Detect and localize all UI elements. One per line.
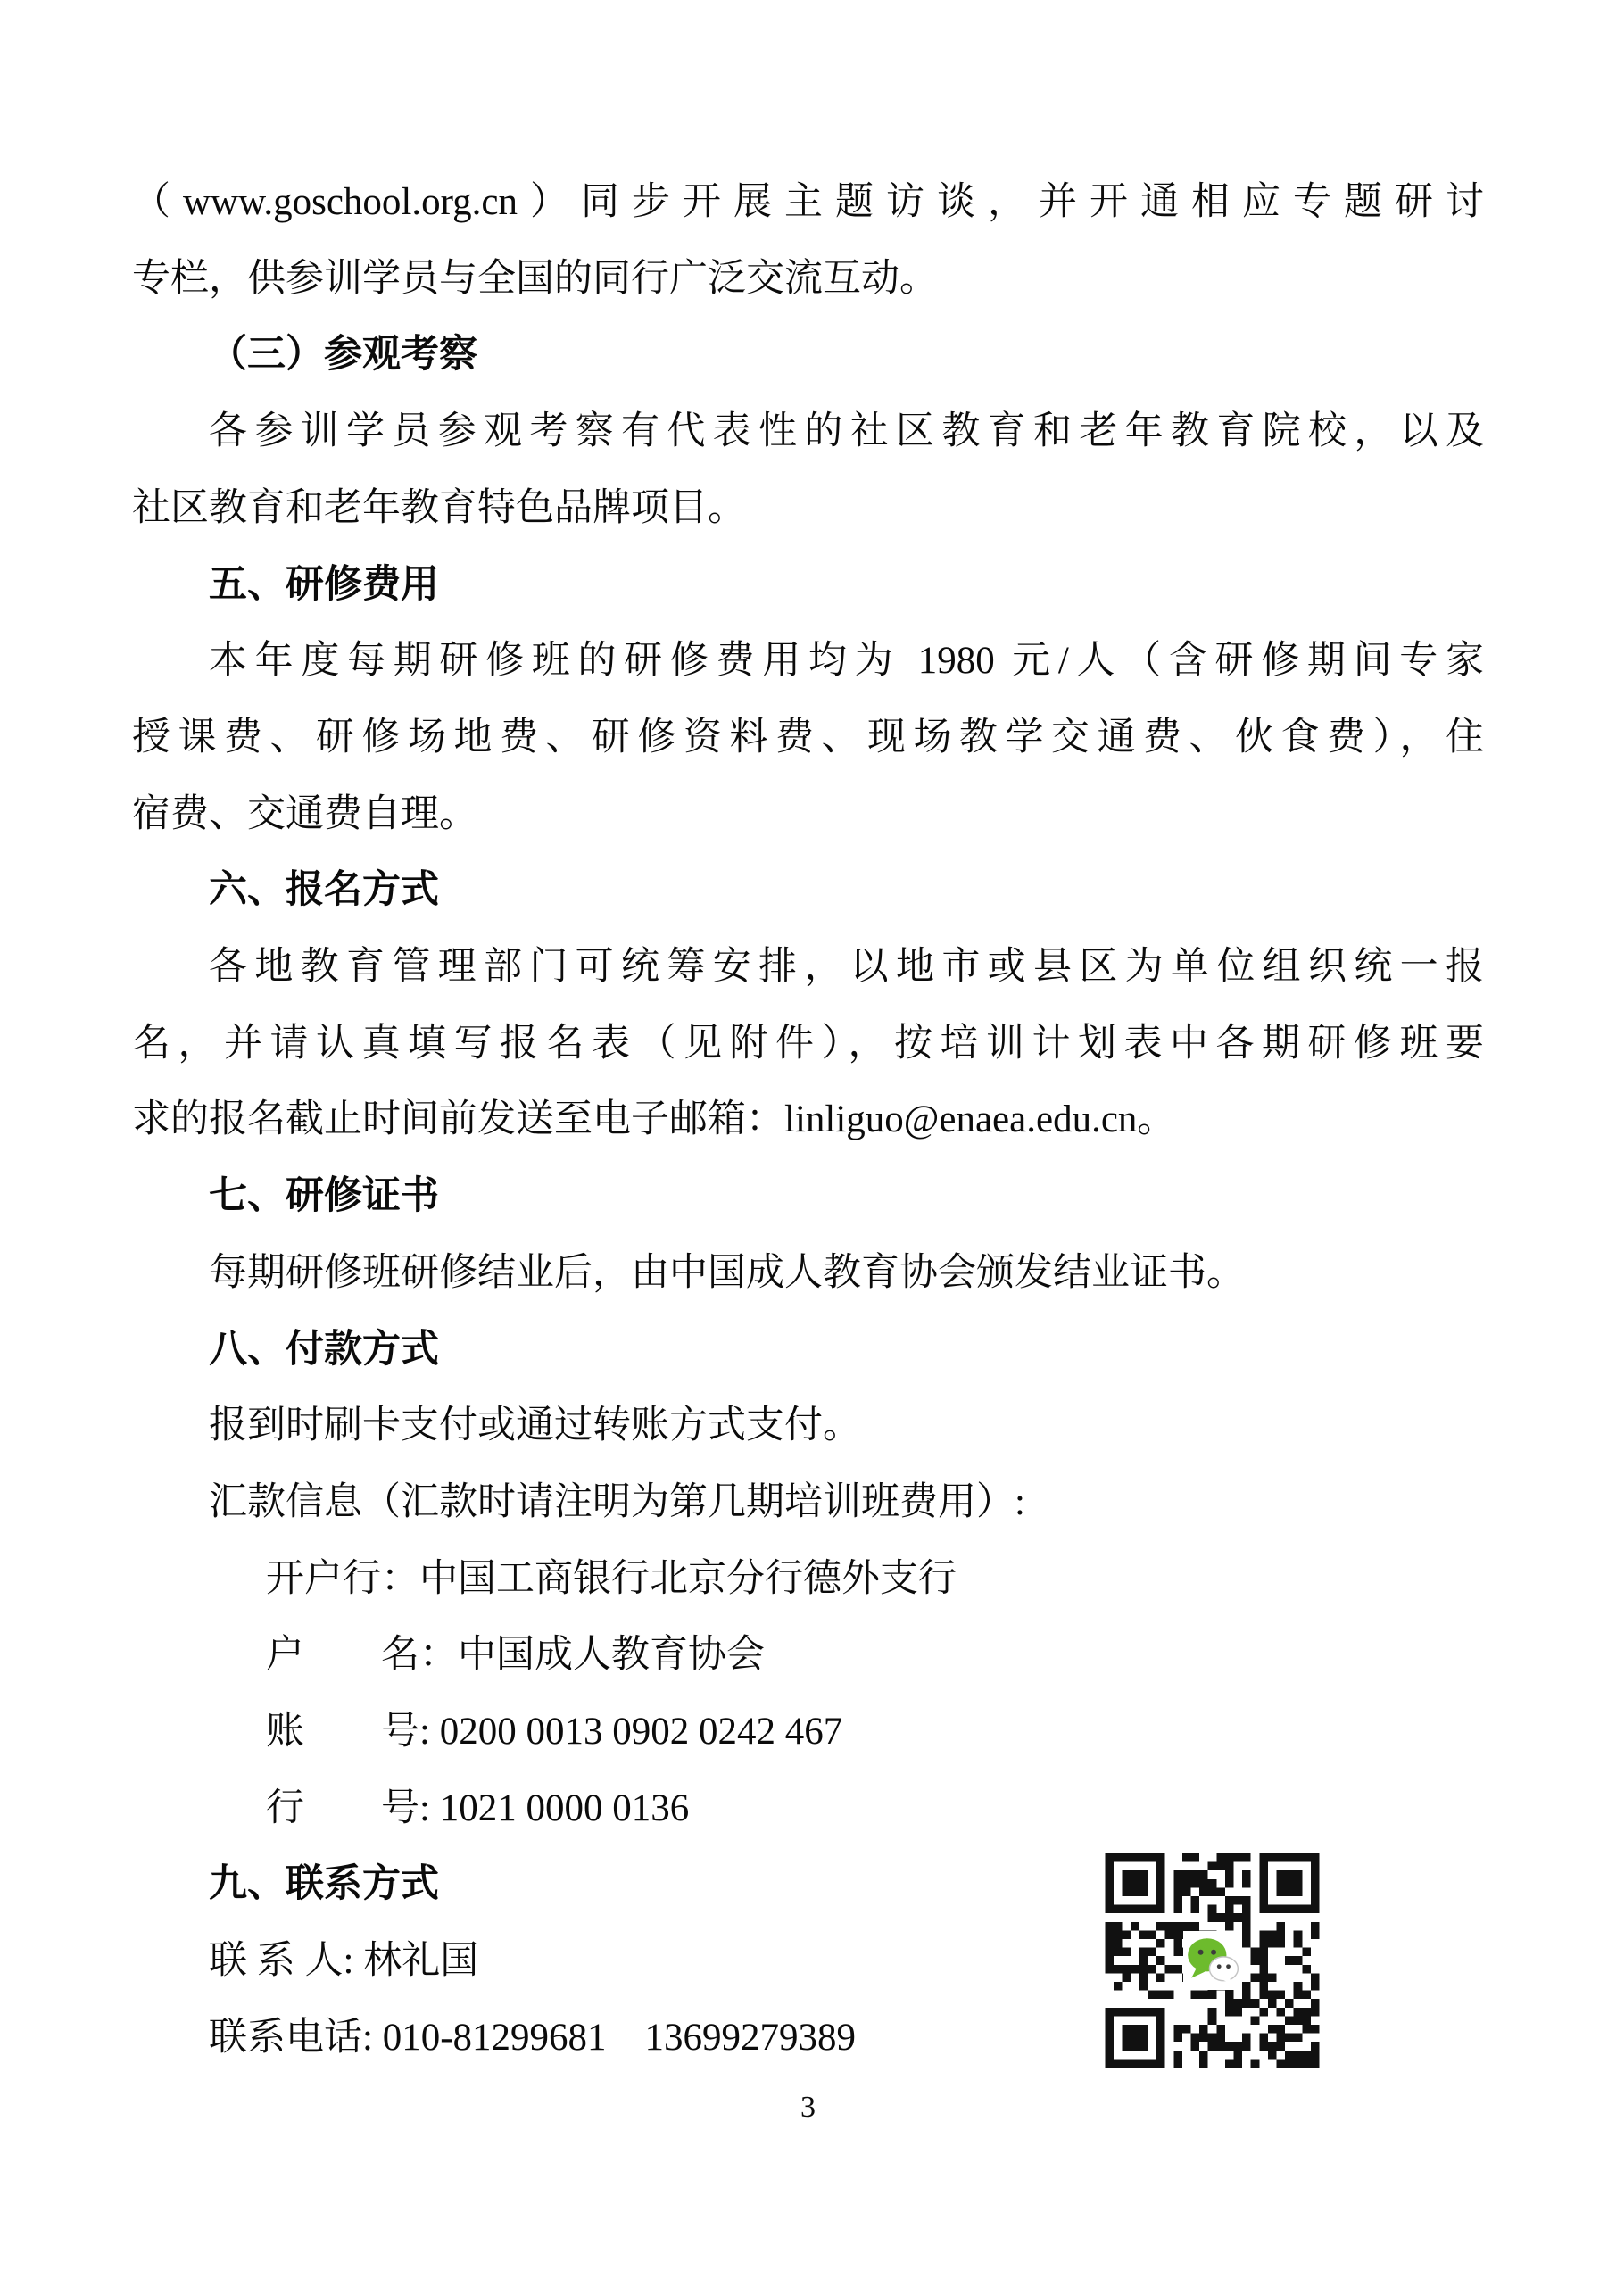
paragraph-line: 授课费、研修场地费、研修资料费、现场教学交通费、伙食费），住	[132, 700, 1484, 776]
paragraph-line: 社区教育和老年教育特色品牌项目。	[132, 470, 1484, 547]
section-heading: 六、报名方式	[132, 852, 1484, 929]
paragraph-line: 汇款信息（汇款时请注明为第几期培训班费用）:	[132, 1464, 1484, 1541]
document-body: （www.goschool.org.cn）同步开展主题访谈，并开通相应专题研讨专…	[132, 164, 1484, 2076]
paragraph-line: 求的报名截止时间前发送至电子邮箱：linliguo@enaea.edu.cn。	[132, 1082, 1484, 1158]
bank-detail-line: 行 号: 1021 0000 0136	[132, 1770, 1484, 1847]
section-heading: （三）参观考察	[132, 317, 1484, 394]
paragraph-line: 各地教育管理部门可统筹安排，以地市或县区为单位组织统一报	[132, 929, 1484, 1006]
paragraph-line: 本年度每期研修班的研修费用均为 1980 元/人（含研修期间专家	[132, 623, 1484, 700]
wechat-qr-code	[1104, 1853, 1321, 2068]
section-heading: 五、研修费用	[132, 547, 1484, 624]
paragraph-line: 名，并请认真填写报名表（见附件），按培训计划表中各期研修班要	[132, 1006, 1484, 1082]
bank-detail-line: 账 号: 0200 0013 0902 0242 467	[132, 1694, 1484, 1770]
document-page: （www.goschool.org.cn）同步开展主题访谈，并开通相应专题研讨专…	[0, 0, 1616, 2296]
section-heading: 七、研修证书	[132, 1158, 1484, 1235]
bank-detail-line: 户 名：中国成人教育协会	[132, 1617, 1484, 1694]
page-number: 3	[0, 2090, 1616, 2126]
paragraph-line: 专栏，供参训学员与全国的同行广泛交流互动。	[132, 241, 1484, 318]
wechat-logo-icon	[1183, 1931, 1242, 1990]
section-heading: 八、付款方式	[132, 1312, 1484, 1388]
paragraph-line: 报到时刷卡支付或通过转账方式支付。	[132, 1388, 1484, 1464]
bank-detail-line: 开户行：中国工商银行北京分行德外支行	[132, 1541, 1484, 1618]
paragraph-line: 各参训学员参观考察有代表性的社区教育和老年教育院校，以及	[132, 394, 1484, 470]
paragraph-line: 每期研修班研修结业后，由中国成人教育协会颁发结业证书。	[132, 1235, 1484, 1312]
paragraph-line: （www.goschool.org.cn）同步开展主题访谈，并开通相应专题研讨	[132, 164, 1484, 241]
paragraph-line: 宿费、交通费自理。	[132, 776, 1484, 853]
